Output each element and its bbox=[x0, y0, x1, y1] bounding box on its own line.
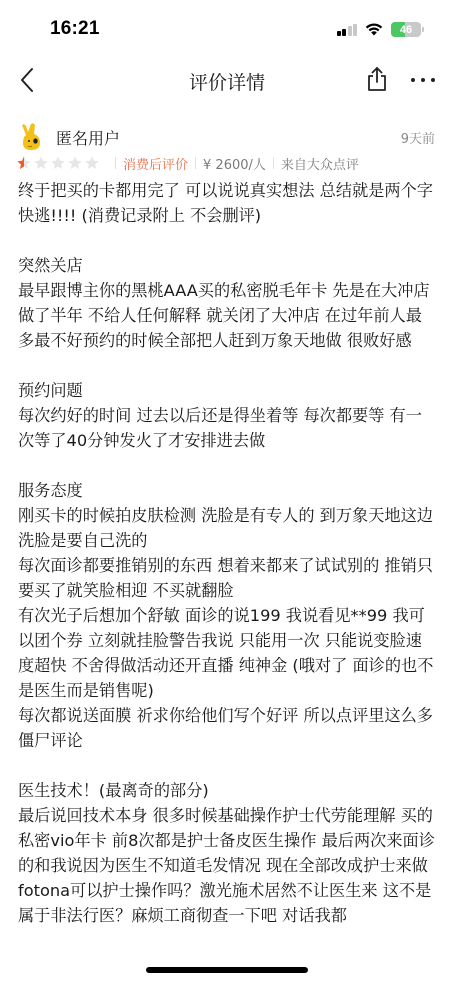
home-indicator[interactable] bbox=[146, 967, 308, 973]
nav-bar: 评价详情 bbox=[0, 54, 454, 106]
review-header: 匿名用户 9天前 消费后评价 ¥ 2600/人 来自大众点评 bbox=[0, 118, 454, 174]
section-heading: 预约问题 bbox=[18, 378, 438, 403]
share-icon bbox=[364, 65, 390, 93]
star-rating bbox=[16, 155, 100, 171]
more-horizontal-icon bbox=[406, 66, 440, 94]
paragraph-gap bbox=[18, 753, 438, 778]
review-meta: 消费后评价 ¥ 2600/人 来自大众点评 bbox=[16, 154, 359, 172]
divider bbox=[195, 157, 196, 169]
review-paragraph: 每次面诊都要推销别的东西 想着来都来了试试别的 推销只要买了就笑脸相迎 不买就翻… bbox=[18, 553, 438, 603]
review-paragraph: 有次光子后想加个舒敏 面诊的说199 我说看见**99 我可以团个券 立刻就挂脸… bbox=[18, 603, 438, 703]
review-paragraph: 每次约好的时间 过去以后还是得坐着等 每次都要等 有一次等了40分钟发火了才安排… bbox=[18, 403, 438, 453]
battery-charging-icon: 46 bbox=[391, 22, 421, 37]
status-bar: 16:21 46 bbox=[0, 0, 454, 54]
section-heading: 突然关店 bbox=[18, 253, 438, 278]
review-paragraph: 刚买卡的时候拍皮肤检测 洗脸是有专人的 到万象天地这边洗脸是要自己洗的 bbox=[18, 503, 438, 553]
status-icons: 46 bbox=[337, 22, 425, 37]
divider bbox=[115, 157, 116, 169]
signal-icon bbox=[337, 24, 358, 36]
wifi-icon bbox=[365, 23, 383, 36]
section-heading: 医生技术！(最离奇的部分) bbox=[18, 778, 438, 803]
star-half-icon bbox=[16, 155, 32, 171]
review-time: 9天前 bbox=[401, 128, 435, 147]
more-button[interactable] bbox=[406, 66, 440, 94]
paragraph-gap bbox=[18, 353, 438, 378]
battery-level: 46 bbox=[400, 24, 412, 36]
username[interactable]: 匿名用户 bbox=[56, 126, 120, 149]
star-empty-icon bbox=[84, 155, 100, 171]
review-paragraph: 终于把买的卡都用完了 可以说说真实想法 总结就是两个字 快逃!!!! (消费记录… bbox=[18, 178, 438, 228]
status-time: 16:21 bbox=[50, 18, 100, 40]
divider bbox=[273, 157, 274, 169]
section-heading: 服务态度 bbox=[18, 478, 438, 503]
review-content: 终于把买的卡都用完了 可以说说真实想法 总结就是两个字 快逃!!!! (消费记录… bbox=[18, 178, 438, 928]
review-source: 来自大众点评 bbox=[281, 154, 359, 173]
avatar[interactable] bbox=[18, 122, 44, 152]
paragraph-gap bbox=[18, 228, 438, 253]
star-empty-icon bbox=[50, 155, 66, 171]
review-paragraph: 最后说回技术本身 很多时候基础操作护士代劳能理解 买的私密vio年卡 前8次都是… bbox=[18, 803, 438, 928]
review-tag: 消费后评价 bbox=[123, 154, 188, 173]
share-button[interactable] bbox=[364, 65, 390, 93]
star-empty-icon bbox=[67, 155, 83, 171]
review-paragraph: 最早跟博主你的黑桃AAA买的私密脱毛年卡 先是在大冲店做了半年 不给人任何解释 … bbox=[18, 278, 438, 353]
star-empty-icon bbox=[33, 155, 49, 171]
battery-cap bbox=[422, 27, 424, 32]
review-paragraph: 每次都说送面膜 祈求你给他们写个好评 所以点评里这么多僵尸评论 bbox=[18, 703, 438, 753]
price-per-person: ¥ 2600/人 bbox=[203, 154, 266, 173]
cartoon-avatar-icon bbox=[18, 122, 44, 152]
paragraph-gap bbox=[18, 453, 438, 478]
